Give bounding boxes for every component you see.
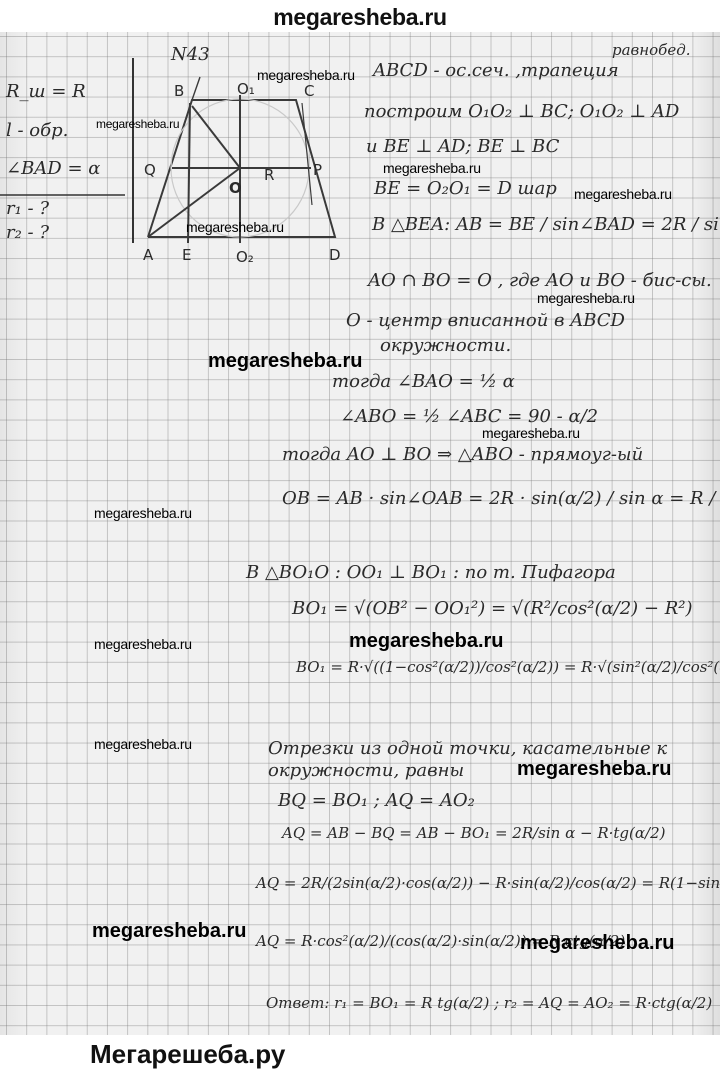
watermark: megaresheba.ru: [94, 636, 192, 652]
trapezoid-figure: B O₁ C Q P R O A E O₂ D: [0, 0, 720, 1077]
solution-line-9: тогда ∠BAO = ½ α: [332, 373, 515, 391]
watermark: megaresheba.ru: [96, 117, 179, 131]
label-D: D: [329, 246, 341, 264]
solution-line-4: BE = O₂O₁ = D шар: [374, 180, 557, 198]
label-R: R: [264, 166, 274, 184]
watermark: megaresheba.ru: [186, 219, 284, 235]
watermark: megaresheba.ru: [92, 920, 247, 943]
label-B: B: [174, 82, 184, 100]
solution-line-16: Отрезки из одной точки, касательные к: [268, 740, 667, 758]
given-1: R_ш = R: [6, 83, 86, 101]
solution-line-5: В △BEA: AB = BE / sin∠BAD = 2R / sin α: [372, 216, 720, 234]
watermark: megaresheba.ru: [574, 186, 672, 202]
watermark: megaresheba.ru: [383, 160, 481, 176]
label-O2: O₂: [236, 248, 254, 266]
given-3: ∠BAD = α: [6, 160, 100, 178]
solution-line-10: ∠ABO = ½ ∠ABC = 90 - α/2: [340, 408, 598, 426]
label-O: O: [229, 179, 242, 197]
watermark: megaresheba.ru: [257, 67, 355, 83]
watermark: megaresheba.ru: [208, 350, 363, 373]
site-footer-banner: Мегарешеба.ру: [0, 1035, 720, 1077]
label-C: C: [304, 82, 314, 100]
solution-line-20: AQ = 2R/(2sin(α/2)·cos(α/2)) − R·sin(α/2…: [256, 876, 720, 891]
solution-line-13: В △BO₁O : OO₁ ⊥ BO₁ : по т. Пифагора: [246, 564, 616, 582]
solution-line-1: ABCD - ос.сеч. ,трапеция: [373, 62, 619, 80]
find-1: r₁ - ?: [6, 200, 49, 218]
watermark: megaresheba.ru: [520, 932, 675, 955]
problem-number: N43: [171, 46, 210, 64]
solution-line-19: AQ = AB − BQ = AB − BO₁ = 2R/sin α − R·t…: [282, 826, 665, 841]
watermark: megaresheba.ru: [349, 630, 504, 653]
watermark: megaresheba.ru: [94, 505, 192, 521]
watermark: megaresheba.ru: [537, 290, 635, 306]
label-O1: O₁: [237, 80, 255, 98]
solution-line-17: окружности, равны: [268, 762, 464, 780]
solution-line-12: OB = AB · sin∠OAB = 2R · sin(α/2) / sin …: [282, 490, 720, 508]
watermark: megaresheba.ru: [517, 758, 672, 781]
given-2: l - обр.: [6, 122, 68, 140]
label-E: E: [182, 246, 191, 264]
solution-line-15: BO₁ = R·√((1−cos²(α/2))/cos²(α/2)) = R·√…: [296, 660, 720, 675]
label-Q: Q: [144, 161, 156, 179]
solution-line-2: построим O₁O₂ ⊥ BC; O₁O₂ ⊥ AD: [364, 103, 679, 121]
solution-line-11: тогда AO ⊥ BO ⇒ △ABO - прямоуг-ый: [282, 446, 643, 464]
watermark: megaresheba.ru: [94, 736, 192, 752]
watermark: megaresheba.ru: [482, 425, 580, 441]
label-P: P: [313, 161, 322, 179]
answer-line: Ответ: r₁ = BO₁ = R tg(α/2) ; r₂ = AQ = …: [266, 996, 712, 1011]
solution-line-6: AO ∩ BO = O , где AO и BO - бис-сы.: [368, 272, 712, 290]
solution-line-8: окружности.: [380, 337, 511, 355]
solution-line-18: BQ = BO₁ ; AQ = AO₂: [278, 792, 475, 810]
note-isosceles: равнобед.: [612, 43, 691, 58]
solution-line-3: и BE ⊥ AD; BE ⊥ BC: [366, 138, 559, 156]
solution-line-7: O - центр вписанной в ABCD: [346, 312, 625, 330]
find-2: r₂ - ?: [6, 224, 49, 242]
solution-line-14: BO₁ = √(OB² − OO₁²) = √(R²/cos²(α/2) − R…: [292, 600, 693, 618]
site-footer-title: Мегарешеба.ру: [90, 1039, 285, 1070]
label-A: A: [143, 246, 154, 264]
